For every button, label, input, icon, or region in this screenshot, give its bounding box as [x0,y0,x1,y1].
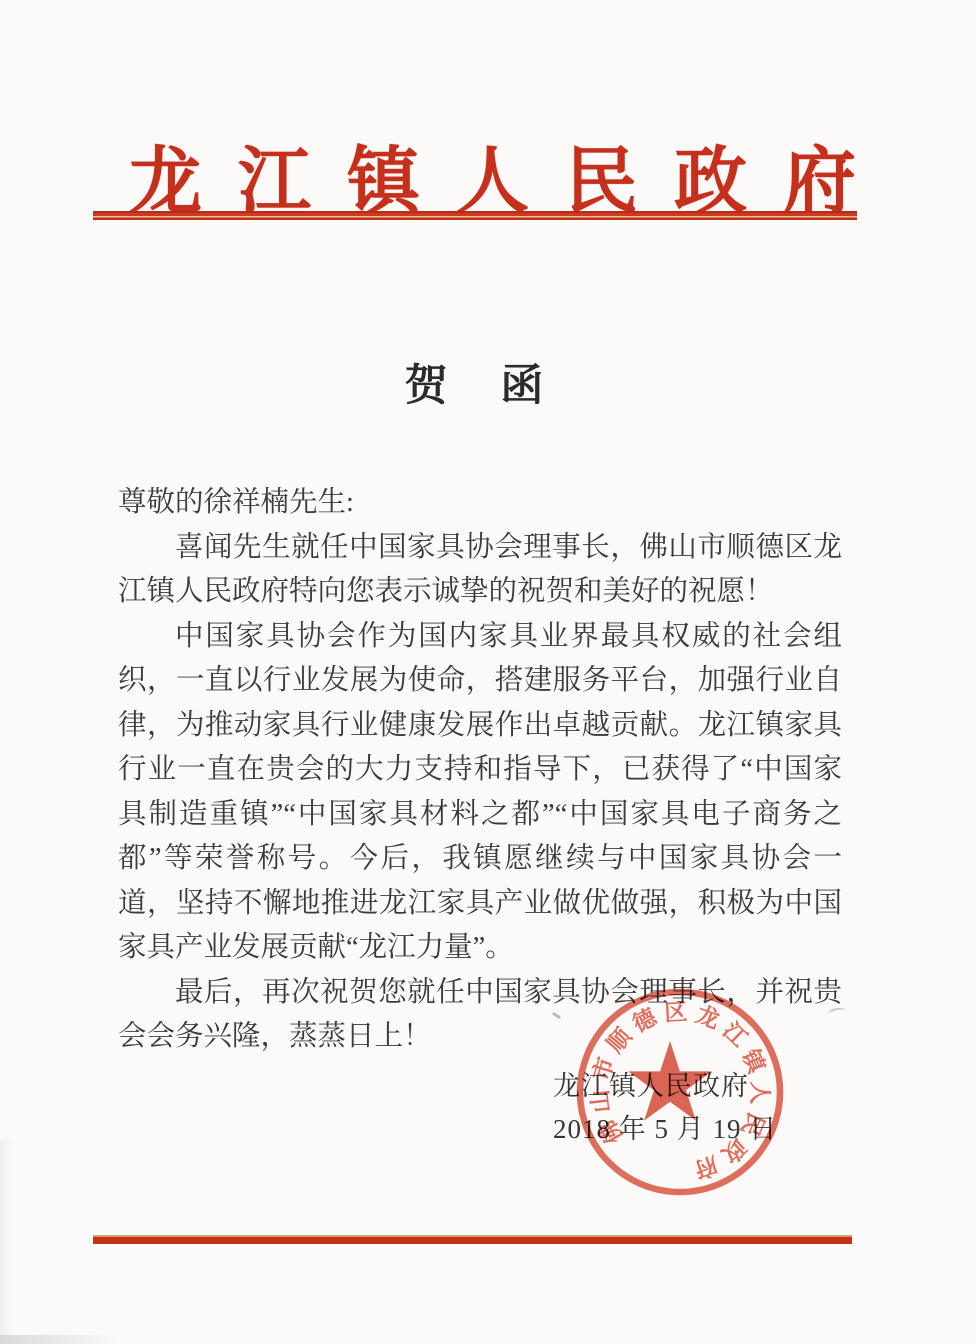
seal-arc-char: 政 [717,1134,751,1168]
star-icon [628,1041,712,1121]
scan-artifact [0,1140,13,1344]
seal-arc-char: 佛 [595,1116,628,1148]
seal-arc-char: 市 [589,1054,620,1083]
seal-arc-char: 镇 [737,1046,770,1079]
letterhead-rule [93,211,857,220]
seal-arc-char: 龙 [693,1002,723,1033]
salutation: 尊敬的徐祥楠先生: [118,481,842,526]
letter-title: 贺 函 [93,352,857,413]
seal-arc-char: 人 [747,1081,772,1104]
scan-artifact [409,981,413,985]
seal-arc-char: 江 [718,1018,753,1053]
paragraph-2: 中国家具协会作为国内家具业界最具权威的社会组织，一直以行业发展为使命，搭建服务平… [118,615,842,971]
footer-rule [93,1235,852,1244]
seal-arc-char: 民 [737,1109,769,1140]
seal-arc-char: 顺 [602,1023,637,1057]
seal-arc-char: 府 [691,1151,721,1183]
seal-arc-char: 山 [587,1088,614,1114]
scan-artifact [0,1335,118,1344]
seal-arc-char: 德 [628,1003,661,1037]
letter-body: 尊敬的徐祥楠先生: 喜闻先生就任中国家具协会理事长，佛山市顺德区龙江镇人民政府特… [118,481,842,1060]
official-seal: 佛山市顺德区龙江镇人民政府 [572,984,788,1200]
seal-arc-char: 区 [664,1000,688,1026]
letter-page: 龙江镇人民政府 贺 函 尊敬的徐祥楠先生: 喜闻先生就任中国家具协会理事长，佛山… [0,0,976,1344]
paragraph-1: 喜闻先生就任中国家具协会理事长，佛山市顺德区龙江镇人民政府特向您表示诚挚的祝贺和… [118,526,842,615]
